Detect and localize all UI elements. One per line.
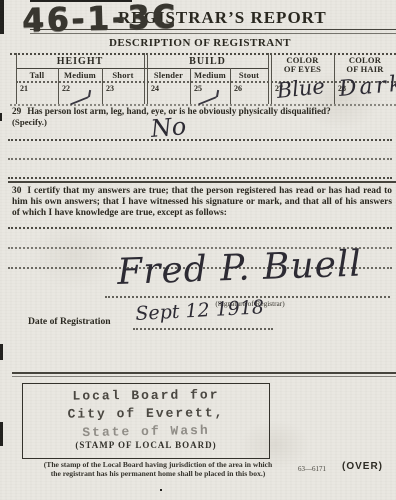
answer-line [8,139,392,141]
stamp-box-caption: (STAMP OF LOCAL BOARD) [23,440,269,450]
answer-line [8,177,392,179]
scan-edge-artifact [0,344,3,360]
column-header-hair: COLOR OF HAIR [334,56,396,74]
question-29-number: 29 [12,106,21,116]
column-header-stout: Stout [230,70,268,80]
handwritten-eye-color: Blue [275,74,325,103]
cell-number-23: 23 [106,84,114,93]
registration-stamp-code: 46-1-3C [22,0,179,40]
column-header-slender: Slender [147,70,190,80]
section-header: DESCRIPTION OF REGISTRANT [10,37,390,49]
handwritten-answer-29: No [150,112,188,143]
scan-edge-artifact [0,0,4,34]
paper-stain [30,220,120,290]
stamped-board-line1: Local Board for [23,387,269,404]
statement-30: 30I certify that my answers are true; th… [12,186,392,218]
question-29-specify: (Specify.) [12,117,394,128]
column-header-tall: Tall [16,70,58,80]
footer-note: (The stamp of the Local Board having jur… [12,460,304,478]
footer-note-line2: the registrant has his permanent home sh… [12,469,304,478]
column-header-short: Short [102,70,144,80]
over-label: (OVER) [342,461,383,472]
cell-number-22: 22 [62,84,70,93]
date-line [133,328,273,330]
cell-number-24: 24 [151,84,159,93]
eyes-header-line2: OF EYES [284,64,321,74]
question-29: 29Has person lost arm, leg, hand, eye, o… [12,106,394,127]
local-board-stamp-box: Local Board for City of Everett, State o… [22,383,270,459]
table-border [144,53,145,104]
column-group-height: HEIGHT [16,56,144,67]
stamped-board-line3: State of Wash [23,422,269,441]
statement-30-text: I certify that my answers are true; that… [12,186,392,218]
column-header-eyes: COLOR OF EYES [271,56,334,74]
cell-number-21: 21 [20,84,28,93]
answer-line [8,158,392,160]
ink-dot-artifact [160,489,162,491]
statement-30-number: 30 [12,186,21,196]
footer-note-line1: (The stamp of the Local Board having jur… [12,460,304,469]
handwritten-registrar-signature: Fred P. Buell [117,243,363,293]
column-group-build: BUILD [147,56,268,67]
answer-line [8,227,392,229]
column-header-medium-height: Medium [58,70,102,80]
date-of-registration-label: Date of Registration [28,316,111,327]
table-border [10,53,396,55]
pencil-check-mark-medium-height [67,88,90,106]
section-divider [12,372,396,374]
description-table: HEIGHT BUILD COLOR OF EYES COLOR OF HAIR… [0,53,396,105]
cell-number-26: 26 [234,84,242,93]
column-header-medium-build: Medium [190,70,230,80]
registrar-report-document: 46-1-3C REGISTRAR’S REPORT DESCRIPTION O… [0,0,396,500]
form-number: 63—6171 [298,465,326,473]
handwritten-hair-color: Dark [338,71,396,102]
table-border [268,53,269,104]
scan-edge-artifact [0,422,3,446]
section-divider [8,181,396,183]
scan-edge-artifact [0,113,2,121]
stamped-board-line2: City of Everett, [23,405,269,422]
section-divider [12,376,396,377]
